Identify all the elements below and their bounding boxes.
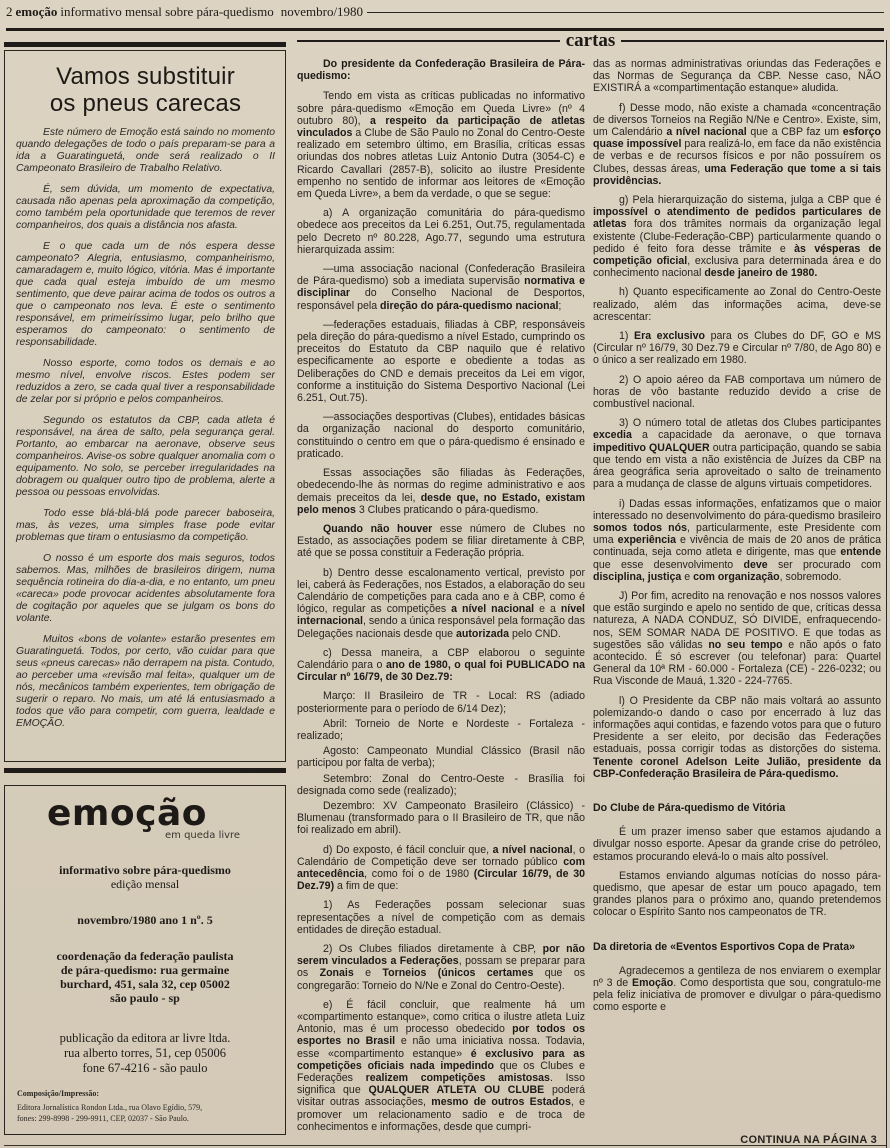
editorial-paragraph: Este número de Emoção está saindo no mom…	[16, 127, 275, 175]
editorial-title: Vamos substituir os pneus carecas	[16, 63, 275, 117]
letter-paragraph: 2) Os Clubes filiados diretamente à CBP,…	[297, 943, 585, 992]
letters-column-1: Do presidente da Confederação Brasileira…	[297, 58, 585, 1140]
colophon-publisher: publicação da editora ar livre ltda. rua…	[17, 1031, 273, 1076]
letter-heading: Do Clube de Pára-quedismo de Vitória	[593, 802, 881, 814]
page-number: 2	[6, 4, 13, 20]
column-border	[886, 40, 888, 1148]
masthead-date: novembro/1980	[281, 4, 363, 20]
letter-signature: Tenente coronel Adelson Leite Julião, pr…	[593, 756, 881, 780]
editorial-paragraph: Muitos «bons de volante» estarão present…	[16, 634, 275, 730]
letter-paragraph: g) Pela hierarquização do sistema, julga…	[593, 194, 881, 279]
letter-heading: Da diretoria de «Eventos Esportivos Copa…	[593, 941, 881, 953]
letter-paragraph: 3) O número total de atletas dos Clubes …	[593, 417, 881, 490]
letter-paragraph: 1) Era exclusivo para os Clubes do DF, G…	[593, 330, 881, 367]
letters-column-2: das as normas administrativas oriundas d…	[593, 58, 881, 1148]
colophon-description: informativo sobre pára-quedismo edição m…	[17, 863, 273, 891]
letter-paragraph: f) Desse modo, não existe a chamada «con…	[593, 102, 881, 187]
calendar-item: Setembro: Zonal do Centro-Oeste - Brasíl…	[297, 773, 585, 797]
letter-paragraph: h) Quanto especificamente ao Zonal do Ce…	[593, 286, 881, 323]
colophon-top-rule	[4, 768, 286, 773]
letter-paragraph: i) Dadas essas informações, enfatizamos …	[593, 498, 881, 583]
editorial-paragraph: Todo esse blá-blá-blá pode parecer babos…	[16, 508, 275, 544]
editorial-paragraph: O nosso é um esporte dos mais seguros, t…	[16, 553, 275, 625]
editorial-top-rule	[4, 42, 286, 47]
calendar-item: Março: II Brasileiro de TR - Local: RS (…	[297, 690, 585, 714]
letter-paragraph: É um prazer imenso saber que estamos aju…	[593, 826, 881, 863]
colophon-printing: Composição/Impressão: Editora Jornalísti…	[17, 1088, 273, 1124]
letter-paragraph: l) O Presidente da CBP não mais voltará …	[593, 695, 881, 780]
colophon-issue: novembro/1980 ano 1 nº. 5	[17, 913, 273, 927]
colophon-coordination: coordenação da federação paulista de pár…	[17, 949, 273, 1005]
letter-paragraph: das as normas administrativas oriundas d…	[593, 58, 881, 95]
editorial-box: Vamos substituir os pneus carecas Este n…	[4, 50, 286, 762]
letter-heading: Do presidente da Confederação Brasileira…	[297, 58, 585, 82]
masthead-subtitle: informativo mensal sobre pára-quedismo	[60, 4, 273, 20]
letter-paragraph: Essas associações são filiadas às Federa…	[297, 467, 585, 516]
emocao-logo: emoção em queda livre	[17, 796, 273, 841]
calendar-item: Abril: Torneio de Norte e Nordeste - For…	[297, 718, 585, 742]
section-header: cartas	[297, 30, 884, 52]
letter-paragraph: d) Do exposto, é fácil concluir que, a n…	[297, 844, 585, 893]
calendar-item: Dezembro: XV Campeonato Brasileiro (Clás…	[297, 800, 585, 837]
newspaper-page: 2 emoção informativo mensal sobre pára-q…	[0, 0, 890, 1148]
editorial-paragraph: Segundo os estatutos da CBP, cada atleta…	[16, 415, 275, 499]
bottom-divider	[4, 1145, 886, 1146]
editorial-paragraph: É, sem dúvida, um momento de expectativa…	[16, 184, 275, 232]
letter-paragraph: c) Dessa maneira, a CBP elaborou o segui…	[297, 647, 585, 684]
letter-paragraph: —federações estaduais, filiadas à CBP, r…	[297, 319, 585, 404]
section-title: cartas	[560, 30, 622, 52]
editorial-paragraph: Nosso esporte, como todos os demais e ao…	[16, 358, 275, 406]
letter-paragraph: Tendo em vista as críticas publicadas no…	[297, 90, 585, 200]
letter-paragraph: e) É fácil concluir, que realmente há um…	[297, 999, 585, 1133]
colophon-box: emoção em queda livre informativo sobre …	[4, 785, 286, 1135]
editorial-paragraph: E o que cada um de nós espera desse camp…	[16, 241, 275, 349]
letter-paragraph: —uma associação nacional (Confederação B…	[297, 263, 585, 312]
masthead-rule	[367, 12, 884, 13]
letter-paragraph: b) Dentro desse escalonamento vertical, …	[297, 567, 585, 640]
left-column: Vamos substituir os pneus carecas Este n…	[4, 42, 286, 1135]
calendar-item: Agosto: Campeonato Mundial Clássico (Bra…	[297, 745, 585, 769]
letter-paragraph: 1) As Federações possam selecionar suas …	[297, 899, 585, 936]
letter-paragraph: 2) O apoio aéreo da FAB comportava um nú…	[593, 374, 881, 411]
masthead: 2 emoção informativo mensal sobre pára-q…	[6, 4, 884, 20]
letter-paragraph: Agradecemos a gentileza de nos enviarem …	[593, 965, 881, 1014]
letter-paragraph: —associações desportivas (Clubes), entid…	[297, 411, 585, 460]
letter-paragraph: Quando não houver esse número de Clubes …	[297, 523, 585, 560]
letter-paragraph: Estamos enviando algumas notícias do nos…	[593, 870, 881, 919]
masthead-brand: emoção	[16, 4, 58, 20]
letter-paragraph: a) A organização comunitária do pára-que…	[297, 207, 585, 256]
letter-paragraph: J) Por fim, acredito na renovação e nos …	[593, 590, 881, 688]
